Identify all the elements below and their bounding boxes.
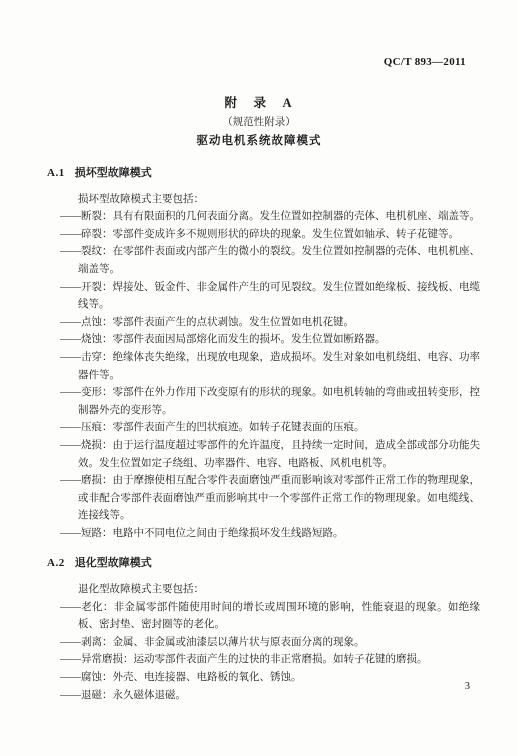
failure-mode-item: ——老化：非金属零部件随使用时间的增长或周围环境的影响，性能衰退的现象。如绝缘板…: [60, 599, 480, 634]
failure-mode-item: ——开裂：焊接处、钣金件、非金属件产生的可见裂纹。发生位置如绝缘板、接线板、电缆…: [60, 279, 480, 314]
section-intro: 损坏型故障模式主要包括：: [78, 191, 480, 209]
failure-mode-item: ——变形：零部件在外力作用下改变原有的形状的现象。如电机转轴的弯曲或扭转变形，控…: [60, 384, 480, 419]
section-title: 损坏型故障模式: [75, 167, 152, 179]
section-heading-a1: A.1损坏型故障模式: [47, 165, 480, 183]
failure-mode-item: ——碎裂：零部件变成许多不规则形状的碎块的现象。发生位置如轴承、转子花键等。: [60, 226, 480, 244]
document-body: A.1损坏型故障模式 损坏型故障模式主要包括： ——断裂：具有有限面积的几何表面…: [47, 165, 480, 704]
section-heading-a2: A.2退化型故障模式: [47, 555, 480, 573]
failure-mode-item: ——点蚀：零部件表面产生的点状剥蚀。发生位置如电机花键。: [60, 314, 480, 332]
failure-mode-item: ——压痕：零部件表面产生的凹状痕迹。如转子花键表面的压痕。: [60, 419, 480, 437]
failure-mode-item: ——退磁：永久磁体退磁。: [60, 687, 480, 705]
title-block: 附 录 A （规范性附录） 驱动电机系统故障模式: [0, 94, 518, 150]
section-title: 退化型故障模式: [75, 557, 152, 569]
failure-mode-item: ——烧损：由于运行温度超过零部件的允许温度，且持续一定时间，造成全部或部分功能失…: [60, 437, 480, 472]
failure-mode-item: ——异常磨损：运动零部件表面产生的过快的非正常磨损。如转子花键的磨损。: [60, 651, 480, 669]
failure-mode-item: ——短路：电路中不同电位之间由于绝缘损坏发生线路短路。: [60, 525, 480, 543]
section-number: A.1: [47, 167, 65, 179]
failure-mode-item: ——断裂：具有有限面积的几何表面分离。发生位置如控制器的壳体、电机机座、端盖等。: [60, 208, 480, 226]
failure-mode-item: ——腐蚀：外壳、电连接器、电路板的氧化、锈蚀。: [60, 669, 480, 687]
failure-mode-item: ——磨损：由于摩擦使相互配合零件表面磨蚀严重而影响该对零部件正常工作的物理现象，…: [60, 472, 480, 525]
appendix-subject-title: 驱动电机系统故障模式: [0, 132, 518, 150]
standard-number-header: QC/T 893—2011: [0, 56, 466, 68]
appendix-type-label: （规范性附录）: [0, 114, 518, 132]
page-number: 3: [465, 681, 470, 692]
section-number: A.2: [47, 557, 65, 569]
failure-mode-item: ——击穿：绝缘体丧失绝缘，出现放电现象，造成损坏。发生对象如电机绕组、电容、功率…: [60, 349, 480, 384]
failure-mode-item: ——烧蚀：零部件表面因局部熔化而发生的损坏。发生位置如断路器。: [60, 331, 480, 349]
failure-mode-item: ——裂纹：在零部件表面或内部产生的微小的裂纹。发生位置如控制器的壳体、电机机座、…: [60, 243, 480, 278]
document-page: QC/T 893—2011 附 录 A （规范性附录） 驱动电机系统故障模式 A…: [0, 0, 518, 756]
section-intro: 退化型故障模式主要包括：: [78, 581, 480, 599]
failure-mode-item: ——剥离：金属、非金属或油漆层以薄片状与原表面分离的现象。: [60, 634, 480, 652]
appendix-title: 附 录 A: [0, 94, 518, 112]
